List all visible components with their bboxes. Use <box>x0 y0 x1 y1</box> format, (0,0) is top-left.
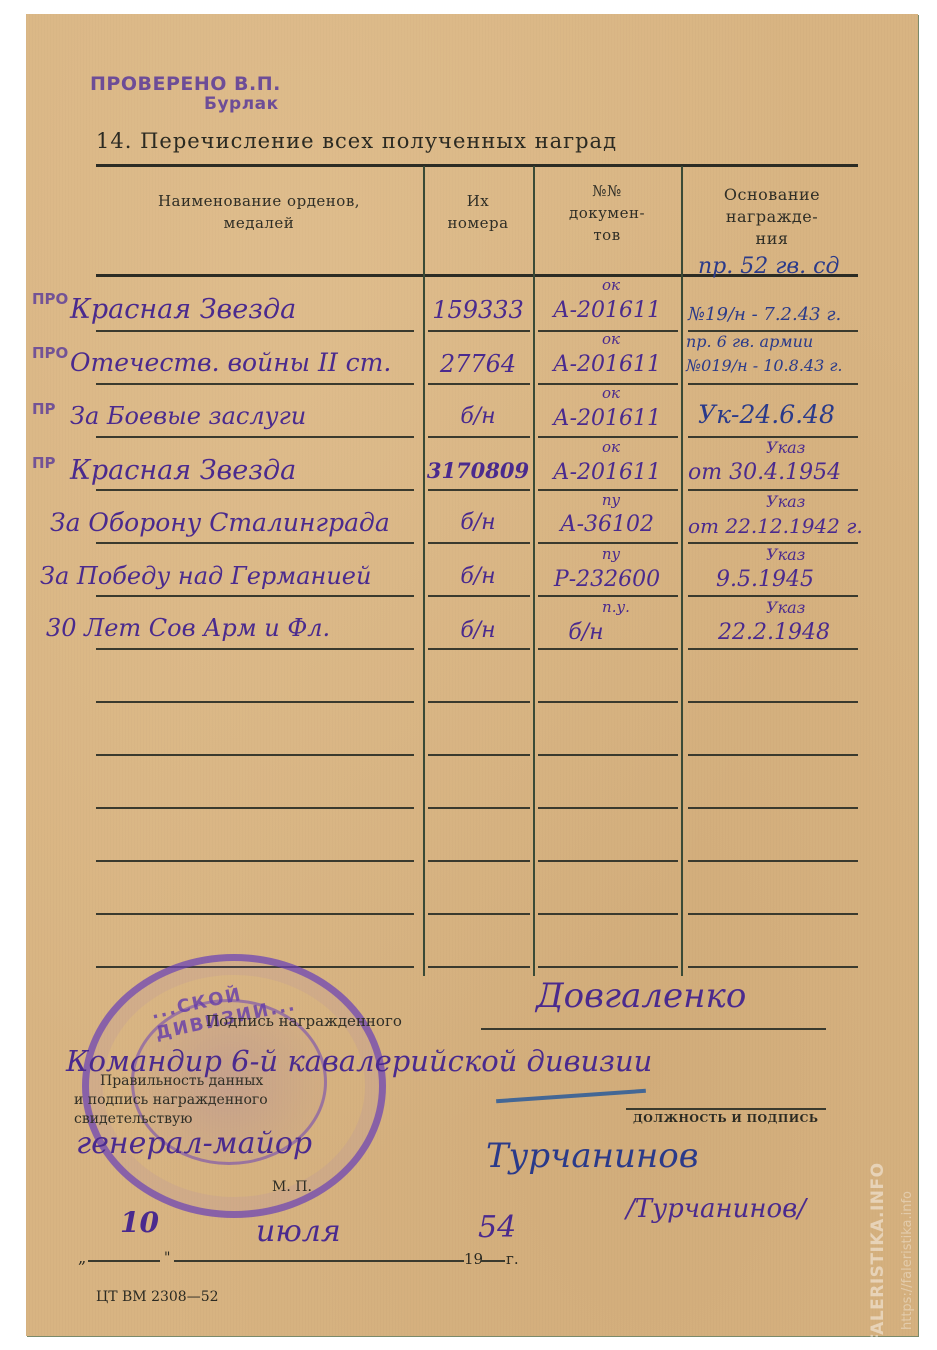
row-underline <box>96 701 414 703</box>
recipient-signature-line <box>481 1028 826 1030</box>
document-number: б/н <box>536 620 636 645</box>
document-note: ок <box>571 276 651 294</box>
row-margin-stamp: ПР <box>32 400 56 418</box>
award-number: 27764 <box>426 350 530 378</box>
header-award-numbers-line2: номера <box>426 212 530 234</box>
document-note: пу <box>571 491 651 509</box>
certify-label-line2: и подпись награжденного <box>74 1091 268 1110</box>
row-underline <box>96 648 414 650</box>
row-underline <box>96 807 414 809</box>
date-year-line <box>481 1260 505 1262</box>
seal-place-label: М. П. <box>272 1179 312 1195</box>
header-document-numbers-line2: докумен- <box>536 202 678 224</box>
document-number: А-36102 <box>536 512 678 537</box>
award-number: б/н <box>426 404 530 429</box>
row-underline <box>688 913 858 915</box>
row-underline <box>538 860 678 862</box>
table-top-border <box>96 164 858 167</box>
row-underline <box>428 542 530 544</box>
row-underline <box>538 754 678 756</box>
column-divider-3 <box>681 166 683 976</box>
award-basis: №19/н - 7.2.43 г. <box>688 304 841 325</box>
row-underline <box>428 966 530 968</box>
watermark-url: https://faleristika.info <box>900 1191 915 1330</box>
header-award-basis-line3: ния <box>684 228 860 250</box>
date-year-prefix: 19 <box>464 1250 483 1268</box>
row-underline <box>96 330 414 332</box>
row-underline <box>538 807 678 809</box>
row-underline <box>688 383 858 385</box>
row-underline <box>96 595 414 597</box>
commander-signature: Турчанинов <box>486 1136 699 1176</box>
row-underline <box>688 701 858 703</box>
award-name: Отечеств. войны II ст. <box>70 348 391 377</box>
document-note: пу <box>571 545 651 563</box>
document-number: А-201611 <box>536 460 678 485</box>
row-margin-stamp: ПРО <box>32 344 68 362</box>
row-underline <box>96 754 414 756</box>
award-basis: Ук-24.6.48 <box>698 400 835 429</box>
row-underline <box>428 754 530 756</box>
award-name: За Боевые заслуги <box>70 402 306 430</box>
verified-stamp-line1: ПРОВЕРЕНО В.П. <box>90 73 281 95</box>
award-basis: 22.2.1948 <box>718 620 830 645</box>
header-award-name: Наименование орденов, медалей <box>98 190 420 234</box>
row-underline <box>428 595 530 597</box>
document-number: Р-232600 <box>536 567 678 592</box>
award-basis: от 22.12.1942 г. <box>688 514 863 538</box>
recipient-signature-label: Подпись награжденного <box>206 1012 402 1030</box>
commander-name-parenthetical: /Турчанинов/ <box>626 1194 806 1224</box>
document-number: А-201611 <box>536 352 678 377</box>
award-name: За Победу над Германией <box>40 562 371 590</box>
commander-position-handwritten: Командир 6-й кавалерийской дивизии <box>66 1044 652 1078</box>
header-document-numbers-line3: тов <box>536 224 678 246</box>
award-basis-above: Указ <box>766 438 805 457</box>
header-document-numbers: №№ докумен- тов <box>536 180 678 246</box>
header-document-numbers-line1: №№ <box>536 180 678 202</box>
certify-label: Правильность данных и подпись награжденн… <box>74 1072 268 1129</box>
award-basis-above: Указ <box>766 545 805 564</box>
row-underline <box>688 648 858 650</box>
date-close-quote: " <box>164 1250 170 1266</box>
award-basis-above: Указ <box>766 598 805 617</box>
row-underline <box>96 860 414 862</box>
row-underline <box>428 330 530 332</box>
header-award-name-line2: медалей <box>98 212 420 234</box>
row-underline <box>428 860 530 862</box>
row-underline <box>96 542 414 544</box>
award-basis: от 30.4.1954 <box>688 460 841 485</box>
position-and-signature-label: ДОЛЖНОСТЬ И ПОДПИСЬ <box>633 1112 818 1125</box>
row-underline <box>428 489 530 491</box>
form-code: ЦТ ВМ 2308—52 <box>96 1289 219 1305</box>
row-underline <box>428 648 530 650</box>
column-divider-1 <box>423 166 425 976</box>
date-month: июля <box>256 1214 341 1249</box>
row-underline <box>688 966 858 968</box>
header-award-basis-line1: Основание <box>684 184 860 206</box>
award-basis-above: Указ <box>766 492 805 511</box>
row-underline <box>96 383 414 385</box>
award-number: б/н <box>426 564 530 589</box>
header-award-basis: Основание награжде- ния <box>684 184 860 250</box>
signature-stroke <box>496 1089 646 1103</box>
row-underline <box>688 542 858 544</box>
row-underline <box>688 595 858 597</box>
award-basis: №019/н - 10.8.43 г. <box>686 356 843 375</box>
award-basis: 9.5.1945 <box>716 567 814 592</box>
date-year-unit: г. <box>506 1250 519 1268</box>
date-month-line <box>174 1260 464 1262</box>
award-number: 159333 <box>426 296 530 324</box>
award-number: б/н <box>426 510 530 535</box>
row-underline <box>688 754 858 756</box>
row-underline <box>538 701 678 703</box>
document-note: ок <box>571 438 651 456</box>
row-underline <box>538 966 678 968</box>
section-title: 14. Перечисление всех полученных наград <box>96 129 617 153</box>
row-underline <box>688 860 858 862</box>
row-underline <box>428 913 530 915</box>
row-underline <box>538 648 678 650</box>
date-day: 10 <box>120 1206 159 1239</box>
award-name: 30 Лет Сов Арм и Фл. <box>46 614 330 642</box>
row-underline <box>688 489 858 491</box>
row-underline <box>96 436 414 438</box>
position-signature-line <box>626 1108 826 1110</box>
row-margin-stamp: ПР <box>32 454 56 472</box>
document-note: п.у. <box>576 598 656 616</box>
recipient-signature: Довгаленко <box>536 976 746 1016</box>
row-margin-stamp: ПРО <box>32 290 68 308</box>
row-underline <box>96 489 414 491</box>
row-underline <box>688 807 858 809</box>
row-underline <box>538 595 678 597</box>
award-basis-above: пр. 6 гв. армии <box>686 332 813 351</box>
row-underline <box>428 383 530 385</box>
watermark-brand: FALERISTIKA.INFO <box>868 1162 888 1345</box>
document-note: ок <box>571 330 651 348</box>
row-underline <box>428 701 530 703</box>
document-number: А-201611 <box>536 406 678 431</box>
row-underline <box>428 436 530 438</box>
row-underline <box>538 913 678 915</box>
date-day-line <box>88 1260 160 1262</box>
award-basis-above: пр. 52 гв. сд <box>698 254 839 279</box>
award-number: 3170809 <box>426 458 530 483</box>
document-note: ок <box>571 384 651 402</box>
row-underline <box>428 807 530 809</box>
row-underline <box>538 542 678 544</box>
date-open-quote: „ <box>78 1248 86 1267</box>
award-name: За Оборону Сталинграда <box>50 508 390 537</box>
commander-rank-handwritten: генерал-майор <box>76 1126 312 1161</box>
header-award-name-line1: Наименование орденов, <box>98 190 420 212</box>
award-name: Красная Звезда <box>70 455 296 486</box>
date-year-suffix: 54 <box>478 1210 516 1245</box>
column-divider-2 <box>533 166 535 976</box>
header-award-basis-line2: награжде- <box>684 206 860 228</box>
verified-stamp-line2: Бурлак <box>204 94 279 114</box>
award-name: Красная Звезда <box>70 294 296 325</box>
award-record-page: ПРОВЕРЕНО В.П. Бурлак 14. Перечисление в… <box>26 14 918 1336</box>
award-number: б/н <box>426 618 530 643</box>
document-number: А-201611 <box>536 298 678 323</box>
header-award-numbers-line1: Их <box>426 190 530 212</box>
header-award-numbers: Их номера <box>426 190 530 234</box>
row-underline <box>96 913 414 915</box>
